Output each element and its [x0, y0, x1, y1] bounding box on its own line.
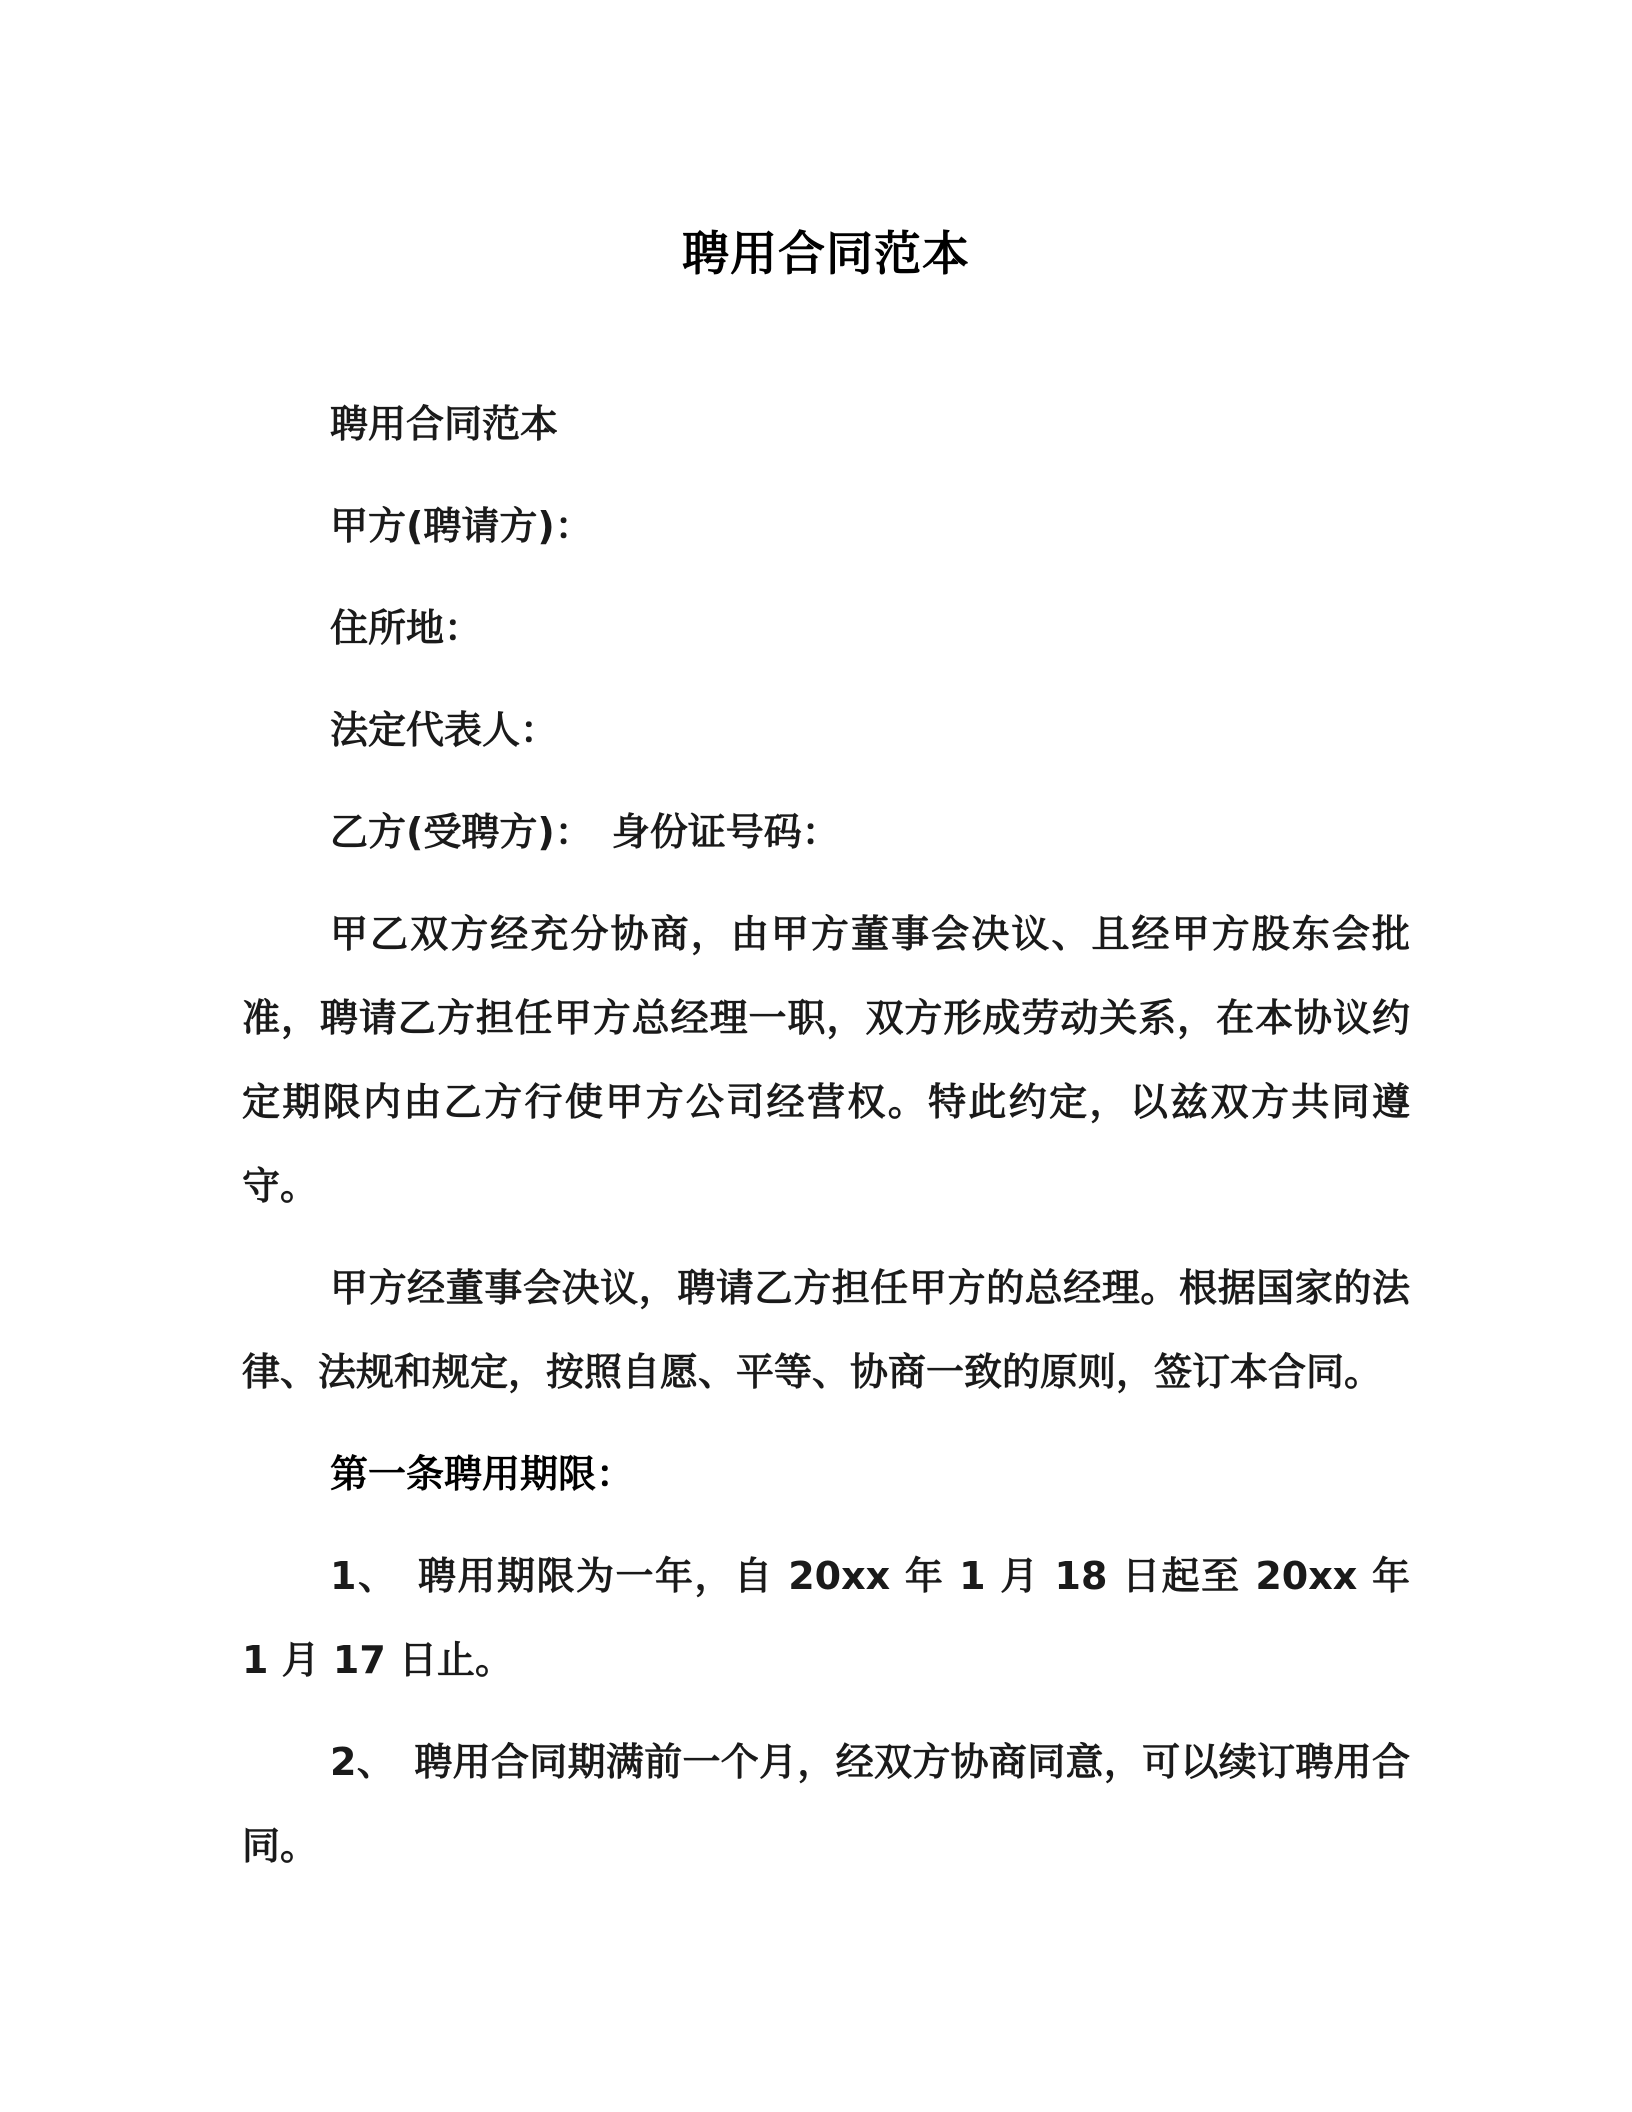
paragraph-term-item-1: 1、 聘用期限为一年，自 20xx 年 1 月 18 日起至 20xx 年 1 …	[242, 1534, 1410, 1702]
paragraph-term-item-2: 2、 聘用合同期满前一个月，经双方协商同意，可以续订聘用合同。	[242, 1720, 1410, 1888]
paragraph-subtitle: 聘用合同范本	[242, 382, 1410, 466]
paragraph-recital-2: 甲方经董事会决议，聘请乙方担任甲方的总经理。根据国家的法律、法规和规定，按照自愿…	[242, 1246, 1410, 1414]
contract-document-page: 聘用合同范本 聘用合同范本 甲方(聘请方)： 住所地： 法定代表人： 乙方(受聘…	[0, 0, 1632, 2112]
paragraph-party-b: 乙方(受聘方)： 身份证号码：	[242, 790, 1410, 874]
paragraph-domicile: 住所地：	[242, 586, 1410, 670]
paragraph-article-1-heading: 第一条聘用期限：	[242, 1432, 1410, 1516]
document-title: 聘用合同范本	[242, 228, 1410, 282]
paragraph-legal-representative: 法定代表人：	[242, 688, 1410, 772]
paragraph-party-a: 甲方(聘请方)：	[242, 484, 1410, 568]
paragraph-recital-1: 甲乙双方经充分协商，由甲方董事会决议、且经甲方股东会批准，聘请乙方担任甲方总经理…	[242, 892, 1410, 1228]
